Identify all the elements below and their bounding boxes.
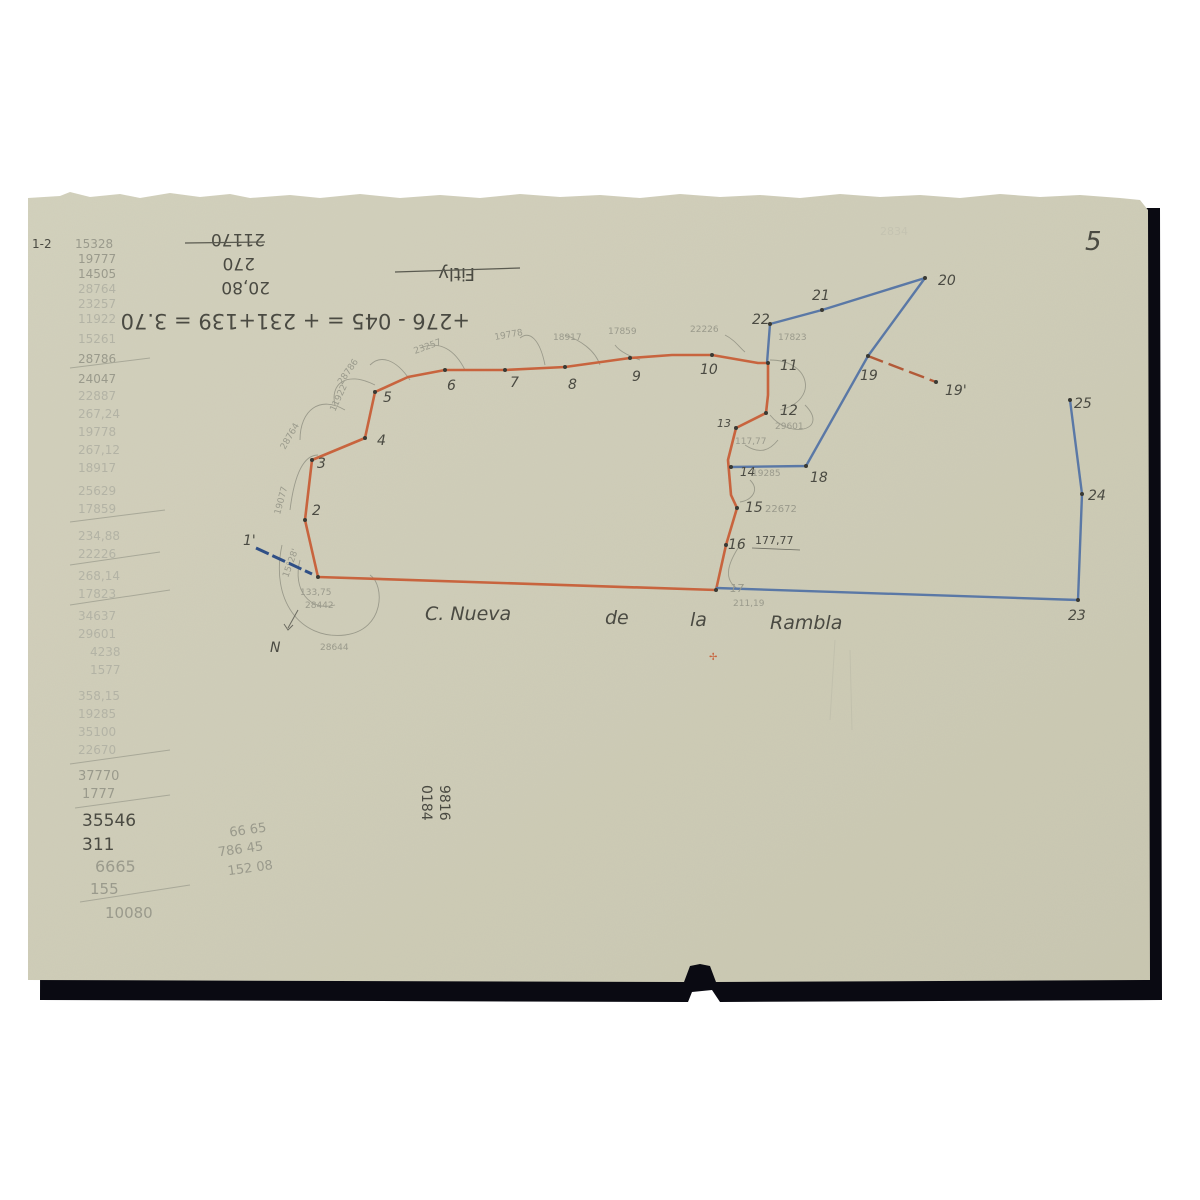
svg-text:28644: 28644: [320, 643, 349, 653]
svg-text:311: 311: [82, 835, 114, 855]
svg-text:268,14: 268,14: [78, 569, 120, 583]
svg-text:12: 12: [780, 403, 798, 419]
svg-text:N: N: [270, 640, 281, 656]
svg-text:20: 20: [938, 273, 956, 289]
inverted-equation: +276 - 045 = + 231+139 = 3.70: [121, 309, 470, 333]
svg-text:18917: 18917: [553, 333, 582, 343]
svg-text:35100: 35100: [78, 725, 116, 739]
svg-text:22887: 22887: [78, 389, 116, 403]
svg-text:270: 270: [223, 253, 255, 273]
svg-text:10: 10: [700, 362, 718, 378]
svg-text:6665: 6665: [95, 857, 136, 876]
svg-text:24: 24: [1088, 488, 1106, 504]
svg-text:28764: 28764: [78, 282, 116, 296]
svg-text:19285: 19285: [78, 707, 116, 721]
svg-text:15261: 15261: [78, 332, 116, 346]
struck-text: Fitly: [438, 263, 475, 284]
svg-text:22: 22: [752, 312, 770, 328]
svg-text:29601: 29601: [775, 422, 804, 432]
svg-text:28786: 28786: [78, 352, 116, 366]
svg-text:3: 3: [317, 456, 326, 472]
svg-text:11922: 11922: [78, 312, 116, 326]
svg-text:4: 4: [377, 433, 386, 449]
svg-text:1577: 1577: [90, 663, 121, 677]
svg-text:358,15: 358,15: [78, 689, 120, 703]
svg-text:1-2: 1-2: [32, 237, 52, 251]
svg-text:14505: 14505: [78, 267, 116, 281]
svg-text:9816: 9816: [436, 785, 452, 821]
svg-text:234,88: 234,88: [78, 529, 120, 543]
svg-text:25629: 25629: [78, 484, 116, 498]
svg-text:16: 16: [728, 537, 746, 553]
svg-text:11: 11: [780, 358, 798, 374]
svg-text:20,80: 20,80: [221, 277, 270, 297]
svg-text:15: 15: [745, 500, 763, 516]
svg-text:21: 21: [812, 288, 830, 304]
svg-text:2834: 2834: [880, 225, 908, 238]
svg-text:19': 19': [945, 383, 967, 399]
svg-text:155: 155: [90, 880, 119, 898]
svg-text:19778: 19778: [78, 425, 116, 439]
svg-text:13: 13: [717, 417, 731, 430]
svg-text:17859: 17859: [78, 502, 116, 516]
svg-text:21170: 21170: [211, 229, 265, 249]
svg-text:18917: 18917: [78, 461, 116, 475]
svg-text:1777: 1777: [82, 787, 115, 802]
svg-text:19777: 19777: [78, 252, 116, 266]
svg-text:la: la: [690, 609, 707, 631]
svg-text:2: 2: [312, 503, 321, 519]
svg-text:C. Nueva: C. Nueva: [425, 603, 511, 625]
svg-text:5: 5: [383, 390, 392, 406]
svg-text:23257: 23257: [78, 297, 116, 311]
svg-text:177,77: 177,77: [755, 534, 794, 547]
svg-text:17823: 17823: [778, 333, 807, 343]
svg-text:8: 8: [568, 377, 577, 393]
page-number: 5: [1085, 227, 1102, 257]
svg-text:24047: 24047: [78, 372, 116, 386]
svg-text:25: 25: [1074, 396, 1092, 412]
svg-text:17: 17: [730, 582, 744, 595]
svg-text:29601: 29601: [78, 627, 116, 641]
svg-text:4238: 4238: [90, 645, 121, 659]
svg-text:23: 23: [1068, 608, 1086, 624]
svg-text:17859: 17859: [608, 327, 637, 337]
svg-text:22226: 22226: [690, 325, 719, 335]
svg-text:211,19: 211,19: [733, 599, 765, 609]
svg-text:133,75: 133,75: [300, 588, 332, 598]
svg-text:1': 1': [243, 533, 256, 549]
svg-text:267,24: 267,24: [78, 407, 120, 421]
svg-text:+276 - 045 = + 231+139 = 3.70: +276 - 045 = + 231+139 = 3.70: [121, 309, 470, 333]
svg-text:22672: 22672: [765, 504, 797, 515]
svg-text:28442: 28442: [305, 601, 334, 611]
svg-text:34637: 34637: [78, 609, 116, 623]
svg-text:22670: 22670: [78, 743, 116, 757]
svg-text:6: 6: [447, 378, 456, 394]
svg-text:10080: 10080: [105, 904, 153, 922]
svg-text:19285: 19285: [752, 469, 781, 479]
svg-text:de: de: [605, 607, 629, 629]
svg-text:Rambla: Rambla: [770, 612, 842, 634]
scanned-survey-sheet: 5 20,80 270 21170 Fitly +276 - 045 = + 2…: [0, 0, 1200, 1200]
svg-text:117,77: 117,77: [735, 437, 767, 447]
svg-text:37770: 37770: [78, 769, 119, 784]
svg-text:267,12: 267,12: [78, 443, 120, 457]
svg-text:35546: 35546: [82, 811, 136, 831]
svg-text:0184: 0184: [418, 785, 434, 821]
orange-mark: ✢: [709, 652, 717, 663]
svg-text:15328: 15328: [75, 237, 113, 251]
svg-text:19: 19: [860, 368, 878, 384]
svg-text:7: 7: [510, 375, 519, 391]
svg-text:18: 18: [810, 470, 828, 486]
svg-text:9: 9: [632, 369, 641, 385]
svg-text:Fitly: Fitly: [438, 263, 475, 284]
